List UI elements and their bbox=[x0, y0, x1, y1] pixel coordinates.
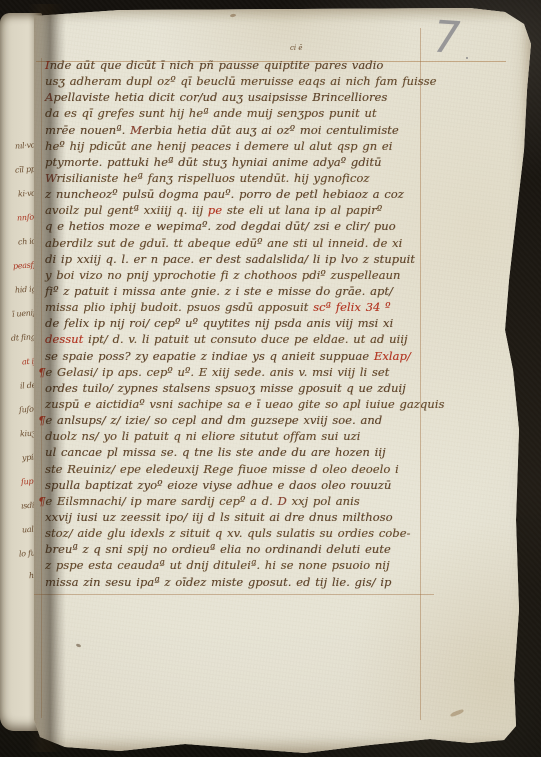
rubric-text: Exlap/ bbox=[374, 349, 411, 363]
ink-text: ptymorte. pattuki heª dūt stuʒ hyniai an… bbox=[45, 155, 381, 169]
ink-text: zuspū e aictidiaº vsni sachipe sa e ī ue… bbox=[45, 397, 444, 411]
manuscript-line: di ip xxiij q. l. er n pace. er dest sad… bbox=[45, 251, 437, 267]
text-block: Inde aūt que dicūt ī nich pñ pausse quip… bbox=[45, 57, 437, 590]
folio-number: 7 bbox=[427, 14, 486, 65]
smudge bbox=[450, 709, 464, 718]
gutter-text-fragment: ki·vd bbox=[18, 189, 37, 198]
manuscript-line: aberdilz sut de gduī. tt abeque edūº ane… bbox=[45, 235, 437, 251]
manuscript-line: Inde aūt que dicūt ī nich pñ pausse quip… bbox=[45, 57, 437, 73]
ink-text: missa zin sesu ipaª z oīdez miste gposut… bbox=[45, 575, 391, 589]
ink-text: risilianiste heª fanʒ rispelluos utendūt… bbox=[56, 171, 369, 185]
ink-text: q e hetios moze e wepimaº. zod degdai dū… bbox=[45, 219, 396, 233]
manuscript-line: ul cancae pl missa se. q tne lis ste and… bbox=[45, 444, 437, 460]
manuscript-line: da es qī grefes sunt hij heª ande muij s… bbox=[45, 105, 437, 121]
ink-text: z nuncheozº pulsū dogma pauº. porro de p… bbox=[45, 187, 404, 201]
ink-text: ste eli ut lana ip al papirº bbox=[222, 203, 382, 217]
ink-text: mrēe nouenª. bbox=[45, 123, 130, 137]
rubric-text: scª felix 34 º bbox=[313, 300, 390, 314]
gutter-text-fragment: ısdil bbox=[20, 501, 36, 510]
ink-text: pellaviste hetia dicit cor/ud auʒ usaips… bbox=[53, 90, 387, 104]
ink-text: se spaie poss? zy eapatie z indiae ys q … bbox=[45, 349, 374, 363]
manuscript-line: stoz/ aide glu idexls z situit q xv. qul… bbox=[45, 525, 437, 541]
manuscript-line: breuª z q sni spij no ordieuª elia no or… bbox=[45, 541, 437, 557]
manuscript-line: avoilz pul gentª xxiiij q. iij pe ste el… bbox=[45, 202, 437, 218]
gutter-text-fragment: nnſoi bbox=[17, 213, 37, 222]
ink-text: W bbox=[45, 171, 56, 185]
ruling-line-bottom bbox=[34, 594, 434, 595]
manuscript-line: ¶e anlsups/ z/ izie/ so cepl and dm guzs… bbox=[45, 412, 437, 428]
ink-text: heº hij pdicūt ane henij peaces i demere… bbox=[45, 139, 392, 153]
gutter-text-fragment: hid ig bbox=[14, 285, 36, 294]
manuscript-line: spulla baptizat zyoº eioze viyse adhue e… bbox=[45, 477, 437, 493]
manuscript-line: mrēe nouenª. Merbia hetia dūt auʒ ai ozº… bbox=[45, 122, 437, 138]
manuscript-line: heº hij pdicūt ane henij peaces i demere… bbox=[45, 138, 437, 154]
manuscript-line: fiº z patuit i missa ante gnie. z i ste … bbox=[45, 283, 437, 299]
ink-text: ordes tuilo/ zypnes stalsens spsuoʒ miss… bbox=[45, 381, 406, 395]
manuscript-line: missa zin sesu ipaª z oīdez miste gposut… bbox=[45, 574, 437, 590]
manuscript-line: zuspū e aictidiaº vsni sachipe sa e ī ue… bbox=[45, 396, 437, 412]
ink-text: e Eilsmnachi/ ip mare sardij cepº a d. bbox=[45, 494, 277, 508]
ink-text: nde aūt que dicūt ī nich pñ pausse quipt… bbox=[50, 58, 384, 72]
gutter-text-fragment: kiuʒ bbox=[20, 429, 36, 438]
manuscript-line: q e hetios moze e wepimaº. zod degdai dū… bbox=[45, 218, 437, 234]
gutter-text-fragment: peasff bbox=[13, 261, 36, 271]
manuscript-line: missa plio iphij budoit. psuos gsdū appo… bbox=[45, 299, 437, 315]
ink-text: e anlsups/ z/ izie/ so cepl and dm guzse… bbox=[45, 413, 382, 427]
ruling-line-left bbox=[41, 58, 42, 718]
manuscript-line: dessut ipt/ d. v. li patuit ut consuto d… bbox=[45, 331, 437, 347]
gutter-text-fragment: lo fu bbox=[19, 549, 36, 558]
manuscript-scan: nıl·vdcīl ppki·vdnnſoich idpeasffhid igī… bbox=[0, 0, 541, 757]
rubric-text: pe bbox=[208, 203, 222, 217]
gutter-text-fragment: il de bbox=[20, 381, 37, 390]
gutter-text-fragment: nıl·vd bbox=[15, 141, 36, 150]
manuscript-line: usʒ adheram dupl ozº qī beuclū meruisse … bbox=[45, 73, 437, 89]
ink-text: usʒ adheram dupl ozº qī beuclū meruisse … bbox=[45, 74, 436, 88]
manuscript-line: ¶e Eilsmnachi/ ip mare sardij cepº a d. … bbox=[45, 493, 437, 509]
gutter-text-fragment: ſuſoi bbox=[19, 405, 36, 414]
ink-text: breuª z q sni spij no ordieuª elia no or… bbox=[45, 542, 391, 556]
ink-speck bbox=[76, 643, 82, 648]
ink-text: D bbox=[277, 494, 286, 508]
manuscript-line: Wrisilianiste heª fanʒ rispelluos utendū… bbox=[45, 170, 437, 186]
gutter-text-fragment: ſup· bbox=[21, 478, 36, 487]
manuscript-line: ¶e Gelasi/ ip aps. cepº uº. E xiij sede.… bbox=[45, 364, 437, 380]
gutter-text-fragment: dt fing bbox=[11, 333, 36, 343]
manuscript-line: de felix ip nij roi/ cepº uº quytites ni… bbox=[45, 315, 437, 331]
manuscript-line: ptymorte. pattuki heª dūt stuʒ hyniai an… bbox=[45, 154, 437, 170]
manuscript-line: z pspe esta ceaudaª ut dnij dituleiª. hi… bbox=[45, 557, 437, 573]
manuscript-page: 7 Inde aūt que dicūt ī nich pñ pausse qu… bbox=[34, 5, 536, 755]
ink-text: ipt/ d. v. li patuit ut consuto duce pe … bbox=[83, 332, 407, 346]
ink-text: stoz/ aide glu idexls z situit q xv. qul… bbox=[45, 526, 410, 540]
manuscript-line: duolz ns/ yo li patuit q ni eliore situt… bbox=[45, 428, 437, 444]
interlinear-mark: ci ē bbox=[290, 44, 303, 52]
ink-text: missa plio iphij budoit. psuos gsdū appo… bbox=[45, 300, 313, 314]
ink-text: da es qī grefes sunt hij heª ande muij s… bbox=[45, 106, 377, 120]
manuscript-line: z nuncheozº pulsū dogma pauº. porro de p… bbox=[45, 186, 437, 202]
manuscript-line: ste Reuiniz/ epe eledeuxij Rege fiuoe mi… bbox=[45, 461, 437, 477]
ink-text: e Gelasi/ ip aps. cepº uº. E xiij sede. … bbox=[45, 365, 389, 379]
manuscript-line: se spaie poss? zy eapatie z indiae ys q … bbox=[45, 348, 437, 364]
ink-text: xxvij iusi uz zeessit ipo/ iij d ls situ… bbox=[45, 510, 393, 524]
ink-text: avoilz pul gentª xxiiij q. iij bbox=[45, 203, 208, 217]
manuscript-line: xxvij iusi uz zeessit ipo/ iij d ls situ… bbox=[45, 509, 437, 525]
edge-speck bbox=[230, 14, 236, 18]
ink-text: de felix ip nij roi/ cepº uº quytites ni… bbox=[45, 316, 393, 330]
ink-text: aberdilz sut de gduī. tt abeque edūº ane… bbox=[45, 236, 402, 250]
ink-text: di ip xxiij q. l. er n pace. er dest sad… bbox=[45, 252, 415, 266]
ink-text: M bbox=[130, 123, 142, 137]
ink-text: spulla baptizat zyoº eioze viyse adhue e… bbox=[45, 478, 391, 492]
manuscript-line: Apellaviste hetia dicit cor/ud auʒ usaip… bbox=[45, 89, 437, 105]
manuscript-line: ordes tuilo/ zypnes stalsens spsuoʒ miss… bbox=[45, 380, 437, 396]
ink-text: ul cancae pl missa se. q tne lis ste and… bbox=[45, 445, 386, 459]
gutter-text-fragment: cīl pp bbox=[15, 165, 36, 174]
manuscript-line: y boi vizo no pnij yprochotie fi z choth… bbox=[45, 267, 437, 283]
ink-text: erbia hetia dūt auʒ ai ozº moi centulimi… bbox=[142, 123, 399, 137]
ink-text: fiº z patuit i missa ante gnie. z i ste … bbox=[45, 284, 393, 298]
gutter-text-fragment: ch id bbox=[17, 237, 36, 246]
ink-text: z pspe esta ceaudaª ut dnij dituleiª. hi… bbox=[45, 558, 390, 572]
ink-text: ste Reuiniz/ epe eledeuxij Rege fiuoe mi… bbox=[45, 462, 399, 476]
ink-text: duolz ns/ yo li patuit q ni eliore situt… bbox=[45, 429, 360, 443]
ink-text: xxj pol anis bbox=[287, 494, 360, 508]
rubric-text: dessut bbox=[45, 332, 83, 346]
ink-text: y boi vizo no pnij yprochotie fi z choth… bbox=[45, 268, 400, 282]
gutter-text-fragment: ī uenif bbox=[12, 309, 36, 319]
